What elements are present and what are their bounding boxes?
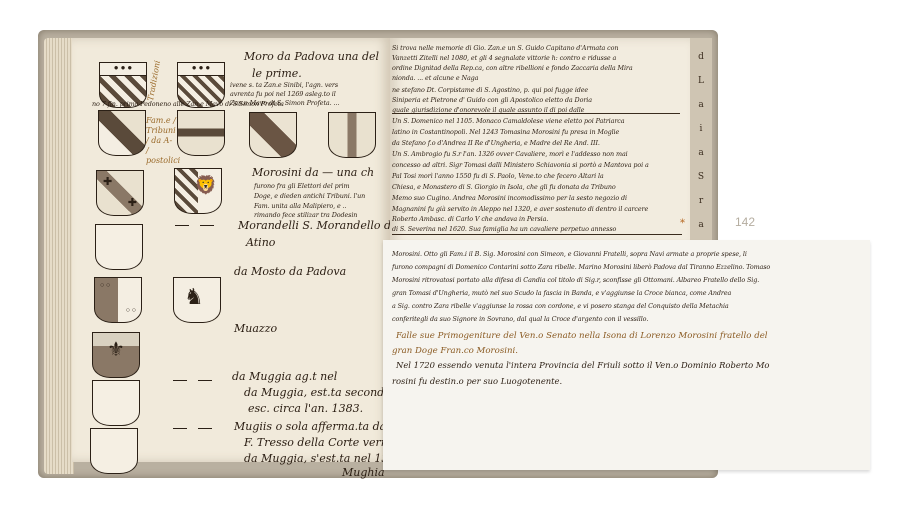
coat-of-arms-shield: 🦁	[174, 168, 222, 214]
edge-mark: a	[690, 220, 712, 230]
manuscript-line: latino in Costantinopoli. Nel 1243 Tomas…	[392, 128, 619, 136]
manuscript-line: Pal Tosi morì l'anno 1550 fu di S. Paolo…	[392, 172, 604, 180]
sheet-line: Morosini ritrovatosi portato alla difesa…	[392, 276, 759, 284]
edge-mark: i	[690, 124, 712, 134]
edge-mark: d	[690, 52, 712, 62]
underline-rule	[392, 113, 680, 114]
dash-mark	[198, 380, 212, 381]
dash-mark	[200, 225, 214, 226]
page-edge-strip: d L a i a S r a a	[690, 38, 712, 266]
sheet-line: conferitegli da suo Signore in Sovrano, …	[392, 315, 648, 323]
manuscript-line: Vanzetti Zitelli nel 1080, et gli 4 segn…	[392, 54, 616, 62]
manuscript-line: concesso ad altri. Sigr Tomasi dalli Min…	[392, 161, 649, 169]
manuscript-line: Magnanini fu già servito in Aleppo nel 1…	[392, 205, 648, 213]
entry-note: Mughia	[342, 466, 385, 479]
sheet-line: furono compagni di Domenico Contarini so…	[392, 263, 770, 271]
manuscript-line: Si trova nelle memorie di Gio. Zan.e un …	[392, 44, 618, 52]
manuscript-line: di S. Severina nel 1620. Sua famiglia ha…	[392, 225, 616, 233]
edge-mark: S	[690, 172, 712, 182]
page-number: 142	[735, 215, 755, 229]
entry-title: Muazzo	[234, 322, 277, 335]
coat-of-arms-shield: ⚜	[92, 332, 140, 378]
blank-shield	[90, 428, 138, 474]
margin-note: no 7 fin. prima Pedoneno alle Zan.e Mavo…	[92, 100, 284, 108]
entry-note: avrenta fu poi nel 1269 asleg.to il	[230, 90, 336, 98]
manuscript-line: Siniperia et Pietrone d' Guido con gli A…	[392, 96, 592, 104]
manuscript-line: da Stefano f.o d'Andrea II Re d'Ungheria…	[392, 139, 600, 147]
blank-shield	[92, 380, 140, 426]
page-edges	[44, 38, 74, 474]
asterisk-mark: *	[680, 218, 685, 229]
edge-mark: L	[690, 76, 712, 86]
entry-note: Fam. unita alla Malipiero, e ..	[254, 202, 346, 210]
dash-mark	[175, 225, 189, 226]
entry-note: ivene s. ta Zan.e Sinibi, l'agn. vers	[230, 81, 338, 89]
coat-of-arms-shield	[249, 112, 297, 158]
entry-title: Morosini da — una ch	[252, 166, 374, 179]
blank-shield	[95, 224, 143, 270]
edge-mark: r	[690, 196, 712, 206]
coat-of-arms-shield: ♞	[173, 277, 221, 323]
coat-of-arms-shield	[328, 112, 376, 158]
underline-rule	[392, 234, 682, 235]
sheet-line-brown: gran Doge Fran.co Morosini.	[392, 346, 518, 356]
sheet-line: Nel 1720 essendo venuta l'intera Provinc…	[396, 360, 769, 370]
entry-note: Mugiis o sola afferma.ta dal	[234, 420, 390, 433]
coat-of-arms-shield	[98, 110, 146, 156]
dash-mark	[173, 380, 187, 381]
entry-title: Atino	[246, 236, 275, 249]
dash-mark	[198, 428, 212, 429]
manuscript-line: ordine Dignitad della Rep.ca, con altre …	[392, 64, 633, 72]
entry-note: da Muggia, s'est.ta nel 1306.	[244, 452, 406, 465]
manuscript-line: Memo suo Cugino. Andrea Morosini incomod…	[392, 194, 627, 202]
entry-title: da Muggia ag.t nel	[232, 370, 337, 383]
edge-mark: a	[690, 148, 712, 158]
entry-title: le prime.	[252, 67, 302, 80]
coat-of-arms-shield	[177, 110, 225, 156]
entry-title: Morandelli S. Morandello da	[238, 219, 398, 232]
manuscript-line: Un S. Ambrogio fu S.r l'an. 1326 ovver C…	[392, 150, 628, 158]
manuscript-line: Chiesa, e Monastero di S. Giorgio in Iso…	[392, 183, 616, 191]
entry-title: da Mosto da Padova	[234, 265, 346, 278]
entry-title: Moro da Padova una del	[244, 50, 379, 63]
edge-mark: a	[690, 100, 712, 110]
sheet-line: Morosini. Otto gli Fam.i il B. Sig. Moro…	[392, 250, 747, 258]
entry-note: esc. circa l'an. 1383.	[248, 402, 363, 415]
entry-note: rimando fece stilizar tra Dodesin	[254, 211, 357, 219]
margin-note: Fam.e / Tribuni / da A- / postolici	[146, 116, 176, 166]
manuscript-line: ne stefano Dt. Corpistame di S. Agostino…	[392, 86, 588, 94]
manuscript-line: Un S. Domenico nel 1105. Monaco Camaldol…	[392, 117, 624, 125]
entry-note: Doge, e dieden antichi Tribuni. l'un	[254, 192, 365, 200]
sheet-line: rosini fu destin.o per suo Luogotenente.	[392, 376, 562, 386]
entry-note: da Muggia, est.ta secondo	[244, 386, 391, 399]
sheet-line-brown: Falle sue Primogeniture del Ven.o Senato…	[396, 331, 768, 341]
dash-mark	[173, 428, 187, 429]
manuscript-line: nionda. ... et alcune e Naga	[392, 74, 478, 82]
coat-of-arms-shield: ✚ ✚	[96, 170, 144, 216]
entry-note: furono fra gli Elettori del prim	[254, 182, 349, 190]
coat-of-arms-shield: ○ ○ ○ ○	[94, 277, 142, 323]
sheet-line: gran Tomasi d'Ungheria, mutò nel suo Scu…	[392, 289, 731, 297]
manuscript-line: Roberto Ambasc. di Carlo V che andava in…	[392, 215, 548, 223]
sheet-line: a Sig. contro Zara ribelle v'aggiunse la…	[392, 302, 729, 310]
